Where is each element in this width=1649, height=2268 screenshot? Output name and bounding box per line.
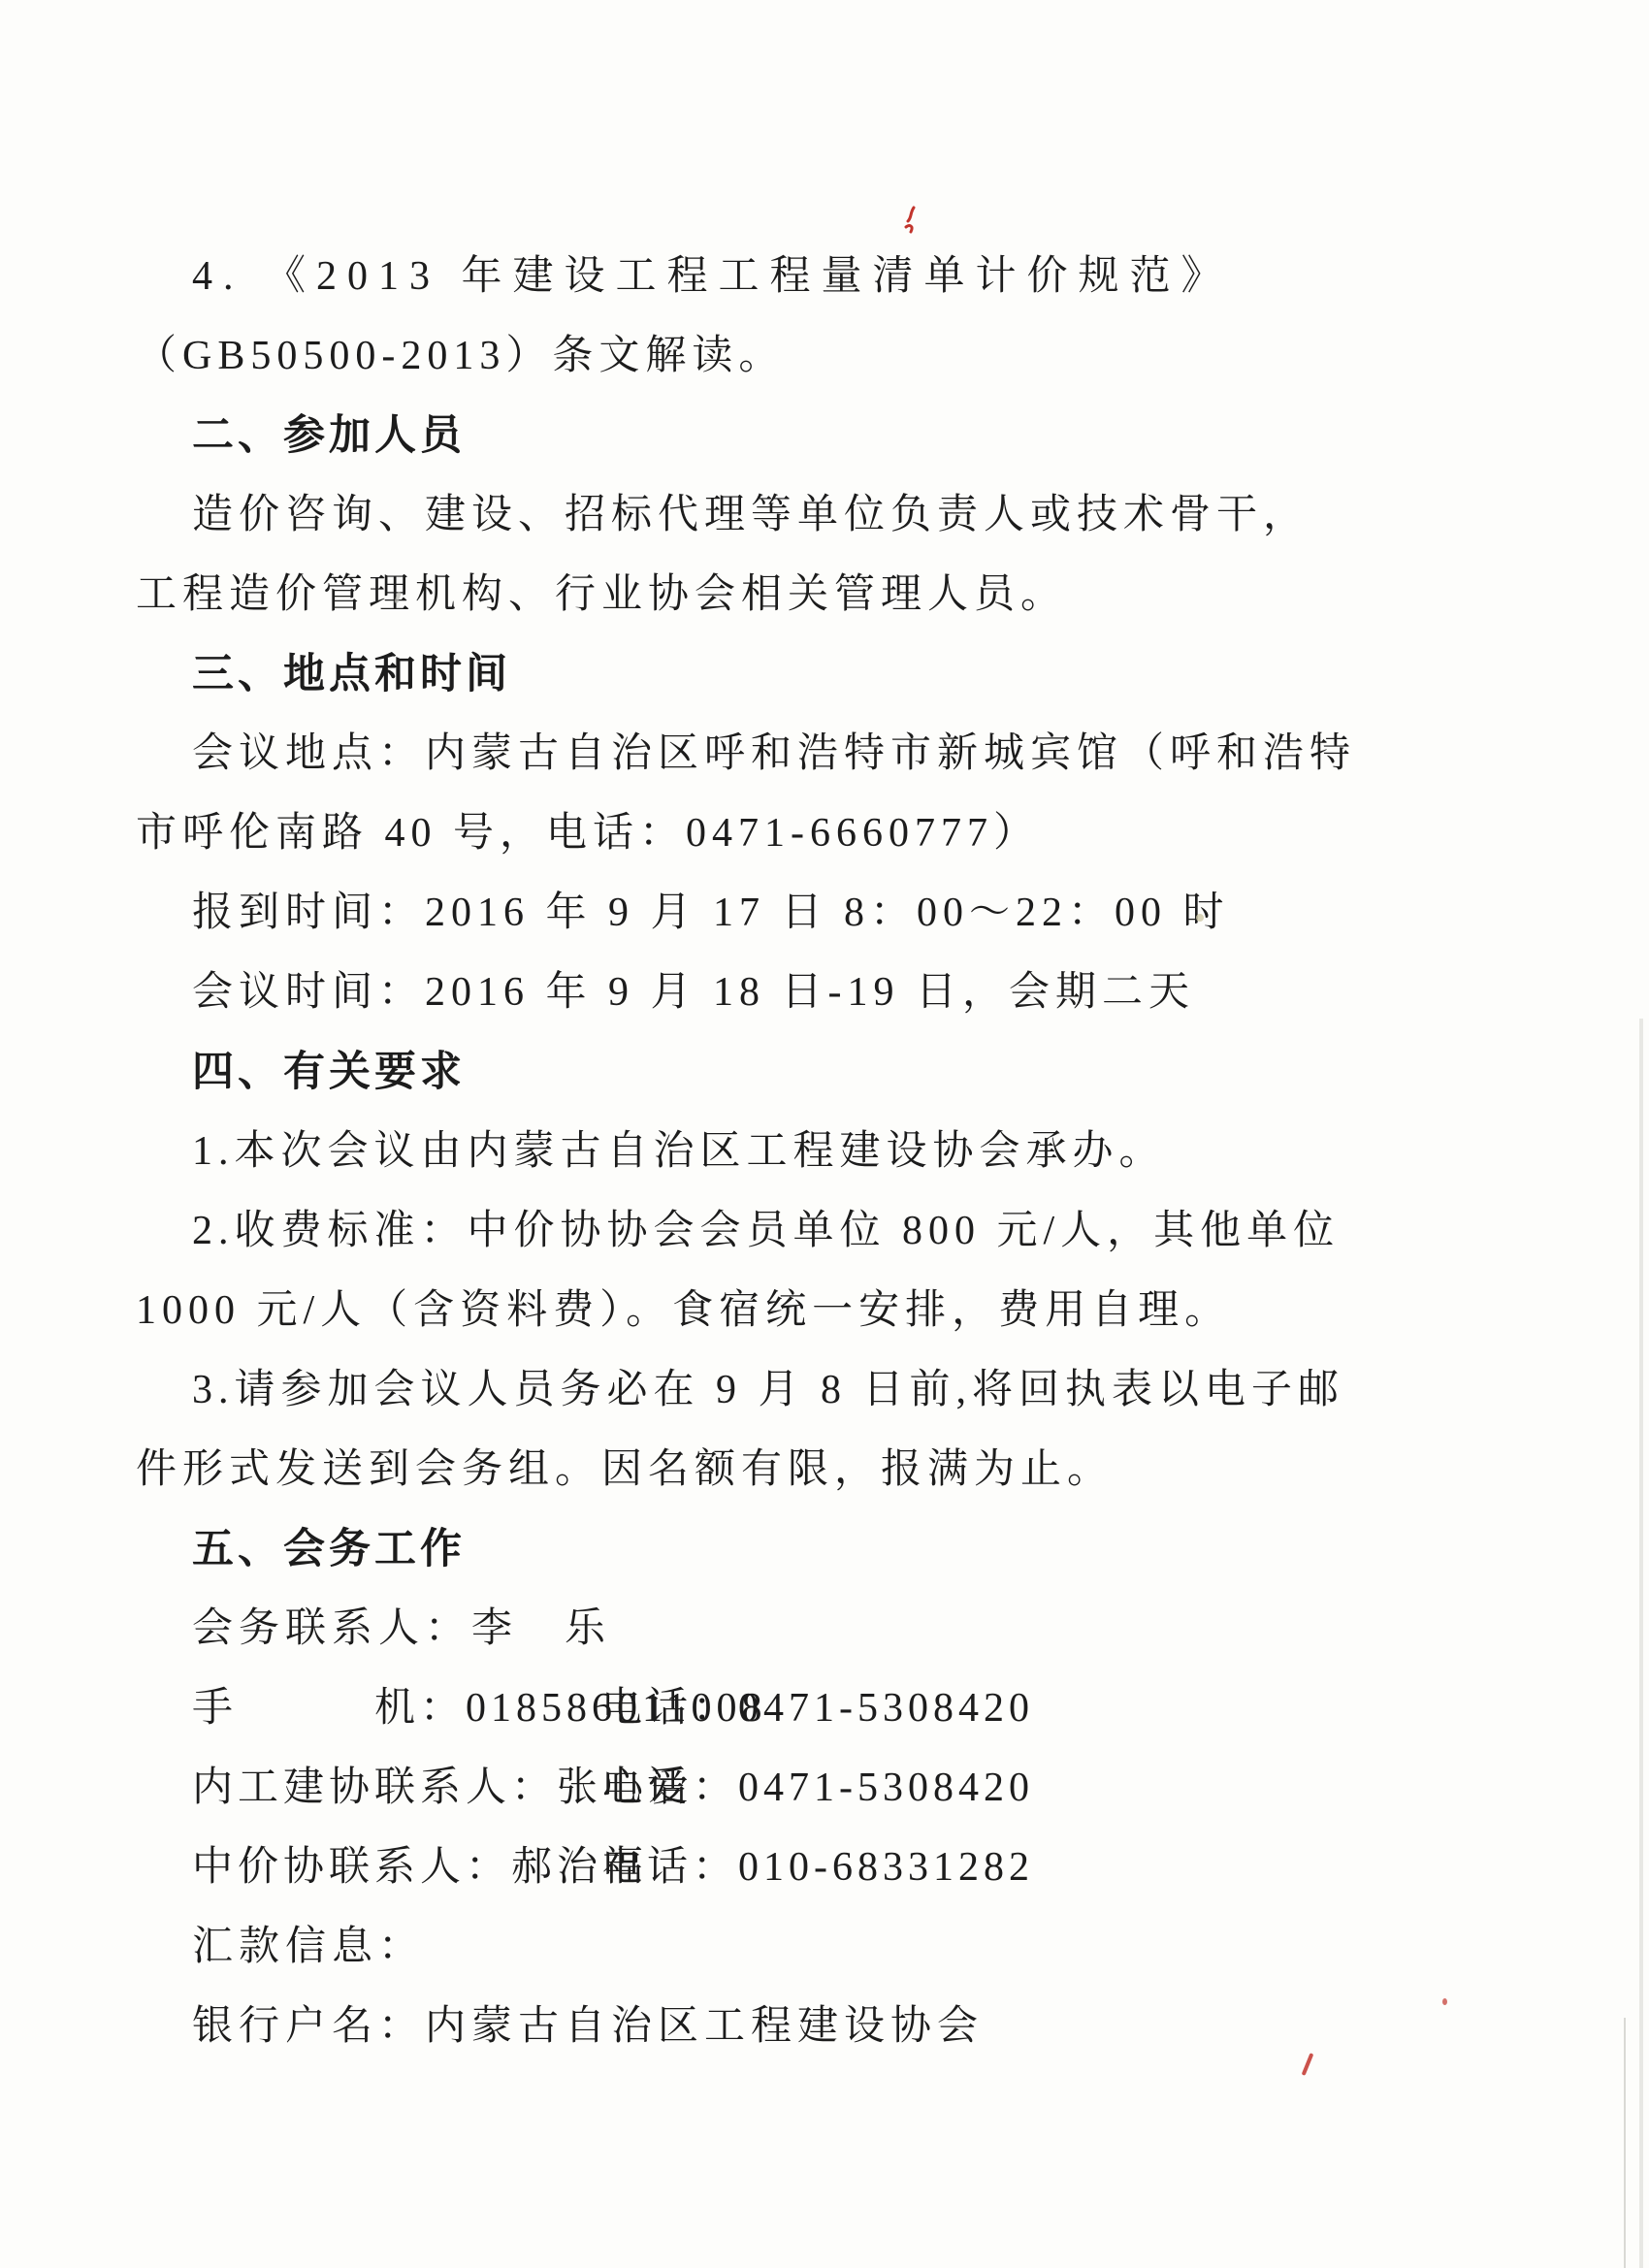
text-line: 报到时间：2016 年 9 月 17 日 8：00～22：00 时 xyxy=(136,869,1533,949)
line-text: 会务联系人：李 乐 xyxy=(136,1596,611,1654)
contact-phone: 电话：0471-5308420 xyxy=(601,1755,1034,1813)
text-line: 2.收费标准：中价协协会会员单位 800 元/人，其他单位 xyxy=(136,1187,1533,1267)
line-text: 1000 元/人（含资料费）。食宿统一安排，费用自理。 xyxy=(136,1278,1231,1336)
line-text: 市呼伦南路 40 号，电话：0471-6660777） xyxy=(136,800,1040,859)
heading-text: 四、有关要求 xyxy=(136,1039,466,1098)
contact-row: 手 机：018586011008电话：0471-5308420 xyxy=(136,1665,1533,1744)
text-line: 银行户名：内蒙古自治区工程建设协会 xyxy=(136,1983,1533,2062)
line-text: 汇款信息： xyxy=(136,1914,425,1972)
text-line: 件形式发送到会务组。因名额有限，报满为止。 xyxy=(136,1426,1533,1506)
text-line: 1000 元/人（含资料费）。食宿统一安排，费用自理。 xyxy=(136,1267,1533,1346)
line-text: 4. 《2013 年建设工程工程量清单计价规范》 xyxy=(136,243,1233,302)
contact-row: 中价协联系人：郝治福电话：010-68331282 xyxy=(136,1824,1533,1903)
line-text: 会议时间：2016 年 9 月 18 日-19 日，会期二天 xyxy=(136,959,1195,1018)
scan-edge-shadow xyxy=(1639,1019,1643,2268)
contact-row: 内工建协联系人：张心爱电话：0471-5308420 xyxy=(136,1744,1533,1824)
contact-name: 中价协联系人：郝治福 xyxy=(136,1834,648,1893)
text-line: 汇款信息： xyxy=(136,1903,1533,1983)
scanned-document-page: 4. 《2013 年建设工程工程量清单计价规范》（GB50500-2013）条文… xyxy=(0,0,1649,2268)
red-pen-dot-mark xyxy=(1442,1998,1447,2005)
red-pen-squiggle-mark xyxy=(900,204,921,237)
heading-text: 二、参加人员 xyxy=(136,403,466,462)
text-line: 1.本次会议由内蒙古自治区工程建设协会承办。 xyxy=(136,1108,1533,1187)
line-text: 工程造价管理机构、行业协会相关管理人员。 xyxy=(136,562,1067,620)
section-heading: 五、会务工作 xyxy=(136,1506,1533,1585)
line-text: 2.收费标准：中价协协会会员单位 800 元/人，其他单位 xyxy=(136,1198,1340,1256)
text-line: 工程造价管理机构、行业协会相关管理人员。 xyxy=(136,551,1533,631)
scan-faint-dot xyxy=(1196,914,1204,922)
section-heading: 二、参加人员 xyxy=(136,392,1533,471)
line-text: 造价咨询、建设、招标代理等单位负责人或技术骨干， xyxy=(136,482,1309,540)
line-text: 3.请参加会议人员务必在 9 月 8 日前,将回执表以电子邮 xyxy=(136,1357,1344,1415)
contact-phone: 电话：0471-5308420 xyxy=(601,1675,1034,1733)
text-line: 造价咨询、建设、招标代理等单位负责人或技术骨干， xyxy=(136,471,1533,551)
text-line: 4. 《2013 年建设工程工程量清单计价规范》 xyxy=(136,233,1533,312)
line-text: 报到时间：2016 年 9 月 17 日 8：00～22：00 时 xyxy=(136,880,1230,938)
section-heading: 四、有关要求 xyxy=(136,1028,1533,1108)
heading-text: 三、地点和时间 xyxy=(136,641,511,700)
line-text: （GB50500-2013）条文解读。 xyxy=(136,323,785,381)
text-line: 会务联系人：李 乐 xyxy=(136,1585,1533,1665)
line-text: 1.本次会议由内蒙古自治区工程建设协会承办。 xyxy=(136,1118,1166,1177)
contact-phone: 电话：010-68331282 xyxy=(601,1834,1034,1893)
document-body: 4. 《2013 年建设工程工程量清单计价规范》（GB50500-2013）条文… xyxy=(136,233,1533,2062)
line-text: 会议地点：内蒙古自治区呼和浩特市新城宾馆（呼和浩特 xyxy=(136,721,1356,779)
text-line: 市呼伦南路 40 号，电话：0471-6660777） xyxy=(136,790,1533,869)
line-text: 件形式发送到会务组。因名额有限，报满为止。 xyxy=(136,1437,1114,1495)
scan-edge-line xyxy=(1624,2018,1626,2268)
text-line: 会议地点：内蒙古自治区呼和浩特市新城宾馆（呼和浩特 xyxy=(136,710,1533,790)
text-line: （GB50500-2013）条文解读。 xyxy=(136,312,1533,392)
text-line: 会议时间：2016 年 9 月 18 日-19 日，会期二天 xyxy=(136,949,1533,1028)
text-line: 3.请参加会议人员务必在 9 月 8 日前,将回执表以电子邮 xyxy=(136,1346,1533,1426)
line-text: 银行户名：内蒙古自治区工程建设协会 xyxy=(136,1993,984,2052)
section-heading: 三、地点和时间 xyxy=(136,631,1533,710)
heading-text: 五、会务工作 xyxy=(136,1516,466,1575)
